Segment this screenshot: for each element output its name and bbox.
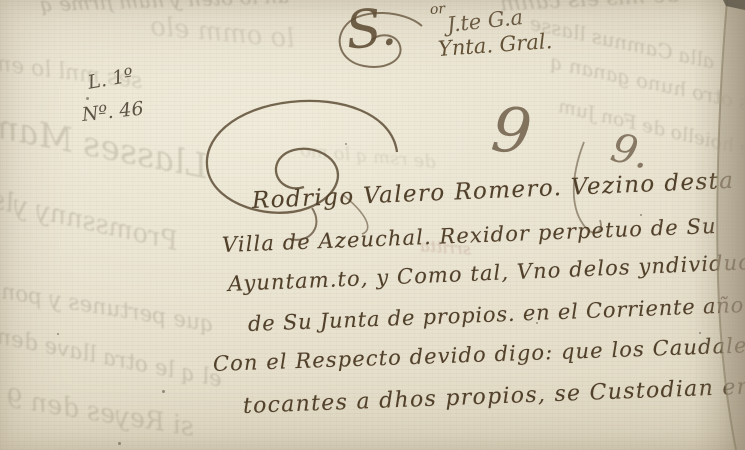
rubric-mark: 9 bbox=[488, 92, 535, 169]
salutation-superscript: or bbox=[429, 1, 445, 18]
manuscript-scan: un lo oten y hum firme q de mis els canm… bbox=[0, 0, 745, 450]
salutation-initial: S. bbox=[343, 0, 399, 62]
